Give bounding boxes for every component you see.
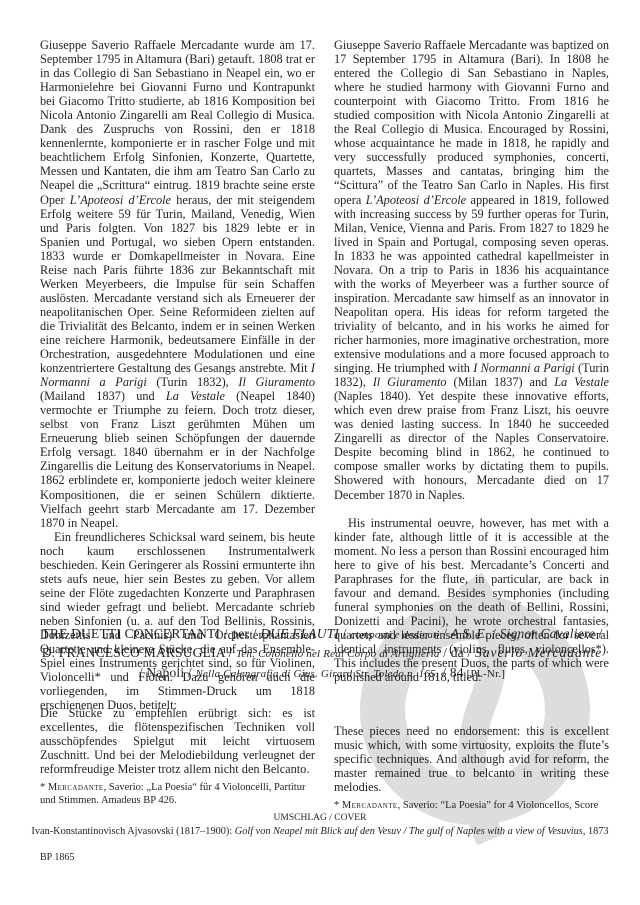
english-biography-paragraph: Giuseppe Saverio Raffaele Mercadante was… <box>334 38 609 502</box>
cover-credit: Ivan-Konstantinovisch Ajvasovski (1817–1… <box>0 825 640 838</box>
german-recommendation-paragraph: Die Stücke zu empfehlen erübrigt sich: e… <box>40 706 315 776</box>
english-recommendation-section: These pieces need no endorsement: this i… <box>334 724 609 813</box>
german-biography-paragraph: Giuseppe Saverio Raffaele Mercadante wur… <box>40 38 315 530</box>
german-text-column: Giuseppe Saverio Raffaele Mercadante wur… <box>40 38 315 712</box>
catalog-number: BP 1865 <box>40 852 74 863</box>
german-recommendation-section: Die Stücke zu empfehlen erübrigt sich: e… <box>40 706 315 807</box>
english-footnote: * Mercadante, Saverio: “La Poesia” for 4… <box>334 800 609 813</box>
original-title-page-transcription: TRE DUETTI CONCERTANTI / per / DUE FLAUT… <box>40 625 604 683</box>
german-footnote: * Mercadante, Saverio: „La Poesia“ für 4… <box>40 782 315 807</box>
english-recommendation-paragraph: These pieces need no endorsement: this i… <box>334 724 609 794</box>
cover-caption-heading: UMSCHLAG / COVER <box>0 812 640 824</box>
german-instrumental-paragraph: Ein freundlicheres Schicksal ward seinem… <box>40 530 315 713</box>
english-text-column: Giuseppe Saverio Raffaele Mercadante was… <box>334 38 609 684</box>
